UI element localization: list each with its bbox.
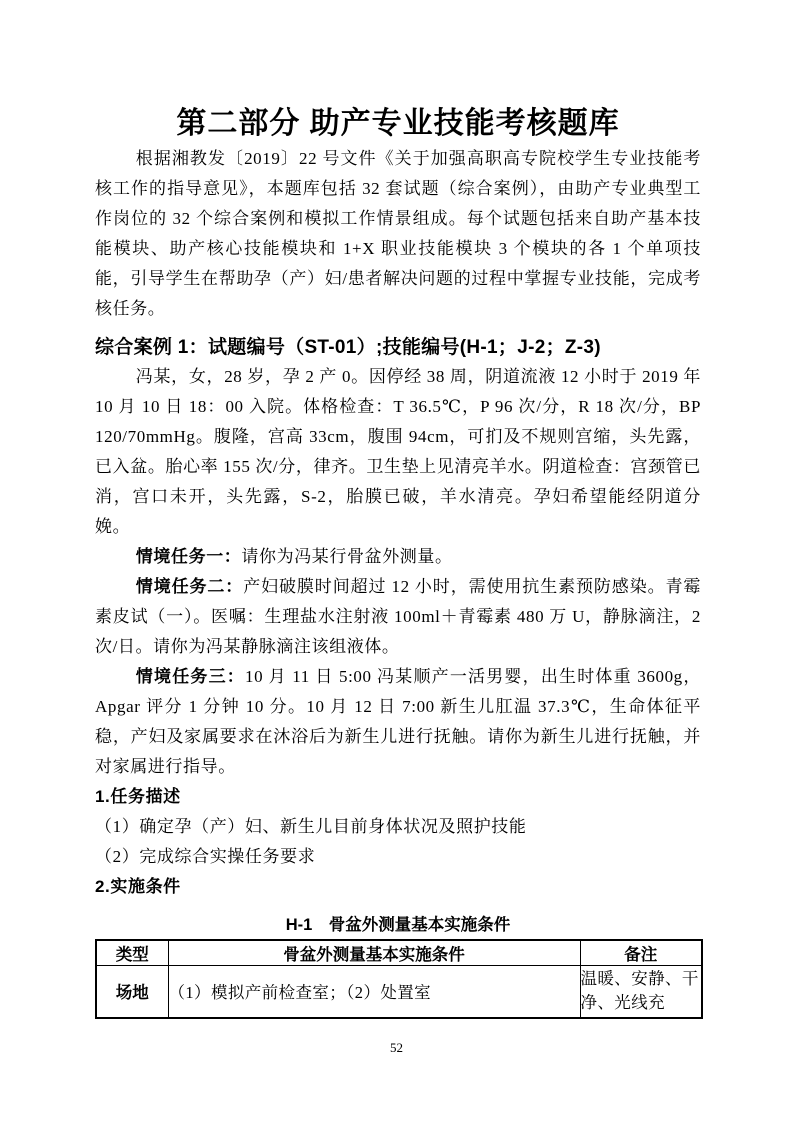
scenario-task-1-text: 请你为冯某行骨盆外测量。: [241, 547, 452, 566]
case-heading: 综合案例 1：试题编号（ST-01）;技能编号(H-1；J-2；Z-3): [95, 333, 701, 362]
table-header-row: 类型 骨盆外测量基本实施条件 备注: [96, 940, 702, 966]
table-header-type: 类型: [96, 940, 168, 966]
document-title: 第二部分 助产专业技能考核题库: [95, 104, 701, 144]
section-heading-task-description: 1.任务描述: [95, 782, 701, 812]
section-heading-implementation-conditions: 2.实施条件: [95, 872, 701, 902]
conditions-table: 类型 骨盆外测量基本实施条件 备注 场地 （1）模拟产前检查室；（2）处置室 温…: [95, 939, 703, 1019]
table-header-remark: 备注: [580, 940, 702, 966]
table-header-condition: 骨盆外测量基本实施条件: [168, 940, 580, 966]
table-cell-remark: 温暖、安静、干净、光线充: [580, 966, 702, 1018]
case-description: 冯某，女，28 岁，孕 2 产 0。因停经 38 周，阴道流液 12 小时于 2…: [95, 362, 701, 542]
intro-paragraph: 根据湘教发〔2019〕22 号文件《关于加强高职高专院校学生专业技能考核工作的指…: [95, 144, 701, 324]
table-caption: H-1 骨盆外测量基本实施条件: [95, 914, 701, 936]
document-page: 第二部分 助产专业技能考核题库 根据湘教发〔2019〕22 号文件《关于加强高职…: [0, 0, 793, 1122]
task-description-item-1: （1）确定孕（产）妇、新生儿目前身体状况及照护技能: [95, 812, 701, 842]
table-cell-condition: （1）模拟产前检查室；（2）处置室: [168, 966, 580, 1018]
scenario-task-2-label: 情境任务二：: [136, 577, 243, 596]
page-number: 52: [0, 1040, 793, 1056]
table-row: 场地 （1）模拟产前检查室；（2）处置室 温暖、安静、干净、光线充: [96, 966, 702, 1018]
task-description-item-2: （2）完成综合实操任务要求: [95, 842, 701, 872]
scenario-task-3-label: 情境任务三：: [136, 667, 245, 686]
table-cell-type: 场地: [96, 966, 168, 1018]
scenario-task-2: 情境任务二：产妇破膜时间超过 12 小时，需使用抗生素预防感染。青霉素皮试（一）…: [95, 572, 701, 662]
scenario-task-1: 情境任务一：请你为冯某行骨盆外测量。: [95, 542, 701, 572]
scenario-task-1-label: 情境任务一：: [136, 547, 242, 566]
page-content: 第二部分 助产专业技能考核题库 根据湘教发〔2019〕22 号文件《关于加强高职…: [0, 0, 793, 1019]
scenario-task-3: 情境任务三：10 月 11 日 5:00 冯某顺产一活男婴，出生时体重 3600…: [95, 662, 701, 782]
